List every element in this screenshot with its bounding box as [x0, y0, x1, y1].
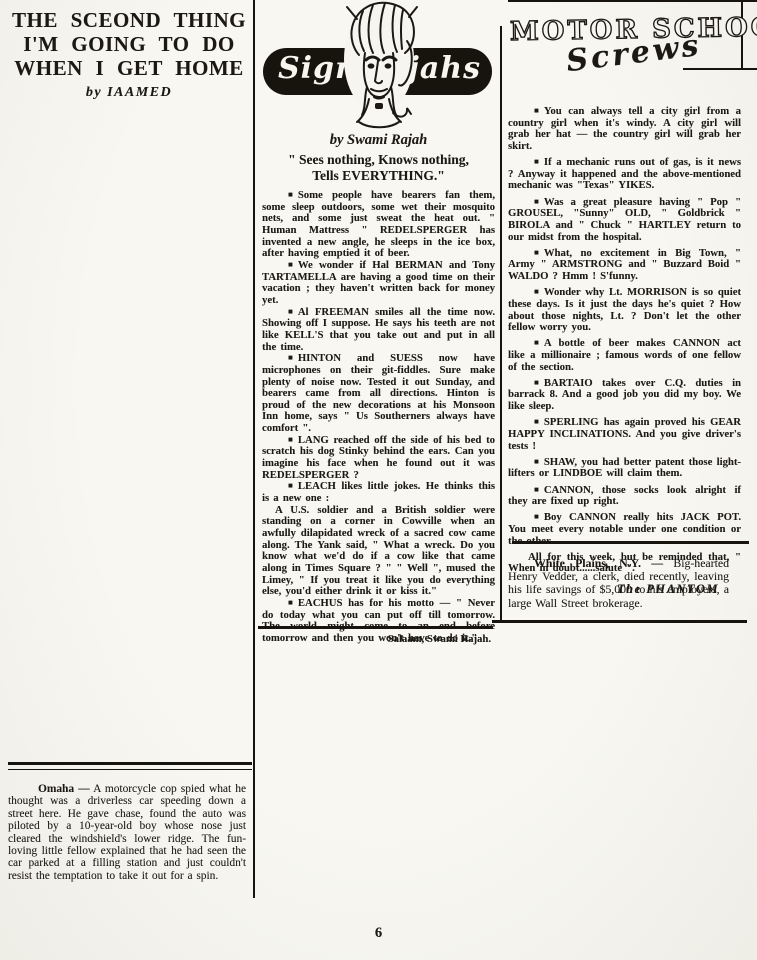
gossip-item: ■LANG reached off the side of his bed to… — [262, 435, 495, 482]
middle-column-end-rule — [258, 626, 493, 629]
gossip-item-text: Some people have bearers fan them, some … — [262, 189, 495, 259]
gossip-item: ■If a mechanic runs out of gas, is it ne… — [508, 157, 741, 192]
omaha-dateline: Omaha — — [38, 783, 90, 795]
masthead-frame-bottom — [683, 68, 757, 70]
square-bullet-icon: ■ — [521, 484, 539, 496]
square-bullet-icon: ■ — [275, 189, 293, 201]
square-bullet-icon: ■ — [275, 259, 293, 271]
gossip-item: ■BARTAIO takes over C.Q. duties in barra… — [508, 378, 741, 413]
article-byline: by IAAMED — [8, 85, 250, 101]
column-byline: by Swami Rajah — [262, 132, 495, 149]
swami-face-icon — [327, 0, 431, 131]
square-bullet-icon: ■ — [521, 416, 539, 428]
white-plains-news-item: White Plains, N.Y. — Big-hearted Henry V… — [508, 557, 729, 610]
square-bullet-icon: ■ — [275, 480, 293, 492]
left-column: THE SCEOND THINGI'M GOING TO DOWHEN I GE… — [8, 6, 250, 956]
motor-school-masthead: MOTOR SCHOOL Screws — [508, 0, 757, 96]
column-divider-left — [253, 0, 255, 898]
gossip-item: ■Was a great pleasure having " Pop " GRO… — [508, 197, 741, 244]
gossip-item: ■LEACH likes little jokes. He thinks thi… — [262, 481, 495, 504]
gossip-item: ■Wonder why Lt. MORRISON is so quiet the… — [508, 287, 741, 334]
gossip-item: ■You can always tell a city girl from a … — [508, 106, 741, 153]
article-title: THE SCEOND THINGI'M GOING TO DOWHEN I GE… — [8, 8, 250, 80]
middle-column: SignalRajahs — [262, 0, 495, 960]
gossip-item-text: HINTON and SUESS now have microphones on… — [262, 352, 495, 434]
white-plains-dateline: White Plains, N.Y. — — [534, 556, 663, 570]
square-bullet-icon: ■ — [521, 156, 539, 168]
column-divider-right — [500, 26, 502, 622]
right-column-end-rule — [492, 620, 747, 623]
gossip-item: ■CANNON, those socks look alright if the… — [508, 485, 741, 508]
gossip-item-text: BARTAIO takes over C.Q. duties in barrac… — [508, 377, 741, 412]
gossip-item: ■Al FREEMAN smiles all the time now. Sho… — [262, 307, 495, 354]
square-bullet-icon: ■ — [275, 352, 293, 364]
square-bullet-icon: ■ — [521, 105, 539, 117]
square-bullet-icon: ■ — [275, 306, 293, 318]
page-number: 6 — [0, 925, 757, 942]
gossip-item-text: If a mechanic runs out of gas, is it new… — [508, 156, 741, 191]
right-column-mid-rule — [512, 541, 749, 544]
joke-paragraph: A U.S. soldier and a British soldier wer… — [262, 505, 495, 598]
gossip-item-text: LANG reached off the side of his bed to … — [262, 434, 495, 481]
gossip-item-text: A bottle of beer makes CANNON act like a… — [508, 337, 741, 372]
gossip-item-text: We wonder if Hal BERMAN and Tony TARTAME… — [262, 259, 495, 306]
gossip-items: ■Some people have bearers fan them, some… — [262, 190, 495, 505]
omaha-news-item: Omaha — A motorcycle cop spied what he t… — [8, 783, 246, 882]
gossip-item-text: What, no excitement in Big Town, " Army … — [508, 247, 741, 282]
article-title-line: WHEN I GET HOME — [8, 56, 250, 80]
column-tagline: " Sees nothing, Knows nothing, Tells EVE… — [262, 152, 495, 183]
gossip-item-text: Al FREEMAN smiles all the time now. Show… — [262, 306, 495, 353]
gossip-item-text: CANNON, those socks look alright if they… — [508, 484, 741, 508]
double-rule-divider — [8, 762, 252, 770]
signal-rajahs-masthead: SignalRajahs — [262, 0, 495, 128]
gossip-item-text: Was a great pleasure having " Pop " GROU… — [508, 196, 741, 243]
gossip-item: ■SPERLING has again proved his GEAR HAPP… — [508, 417, 741, 452]
gossip-item-text: You can always tell a city girl from a c… — [508, 105, 741, 152]
square-bullet-icon: ■ — [521, 286, 539, 298]
square-bullet-icon: ■ — [521, 247, 539, 259]
right-column: MOTOR SCHOOL Screws ■You can always tell… — [508, 0, 757, 960]
square-bullet-icon: ■ — [521, 196, 539, 208]
gossip-item: ■What, no excitement in Big Town, " Army… — [508, 248, 741, 283]
article-title-line: I'M GOING TO DO — [8, 32, 250, 56]
gossip-item: ■A bottle of beer makes CANNON act like … — [508, 338, 741, 373]
square-bullet-icon: ■ — [521, 511, 539, 523]
gossip-item-text: SPERLING has again proved his GEAR HAPPY… — [508, 416, 741, 451]
gossip-item: ■HINTON and SUESS now have microphones o… — [262, 353, 495, 435]
tagline-line: Tells EVERYTHING." — [262, 168, 495, 184]
gossip-item-text: Wonder why Lt. MORRISON is so quiet thes… — [508, 286, 741, 333]
square-bullet-icon: ■ — [275, 597, 293, 609]
gossip-item: ■We wonder if Hal BERMAN and Tony TARTAM… — [262, 260, 495, 307]
square-bullet-icon: ■ — [521, 456, 539, 468]
square-bullet-icon: ■ — [521, 377, 539, 389]
gossip-item: ■Some people have bearers fan them, some… — [262, 190, 495, 260]
gossip-item-text: SHAW, you had better patent those light-… — [508, 456, 741, 480]
gossip-item: ■SHAW, you had better patent those light… — [508, 457, 741, 480]
gossip-item-text: LEACH likes little jokes. He thinks this… — [262, 480, 495, 504]
square-bullet-icon: ■ — [521, 337, 539, 349]
article-title-line: THE SCEOND THING — [8, 8, 250, 32]
square-bullet-icon: ■ — [275, 434, 293, 446]
newsletter-page: THE SCEOND THINGI'M GOING TO DOWHEN I GE… — [0, 0, 757, 960]
motor-school-items: ■You can always tell a city girl from a … — [508, 106, 741, 547]
tagline-line: " Sees nothing, Knows nothing, — [262, 152, 495, 168]
omaha-text: A motorcycle cop spied what he thought w… — [8, 783, 246, 882]
